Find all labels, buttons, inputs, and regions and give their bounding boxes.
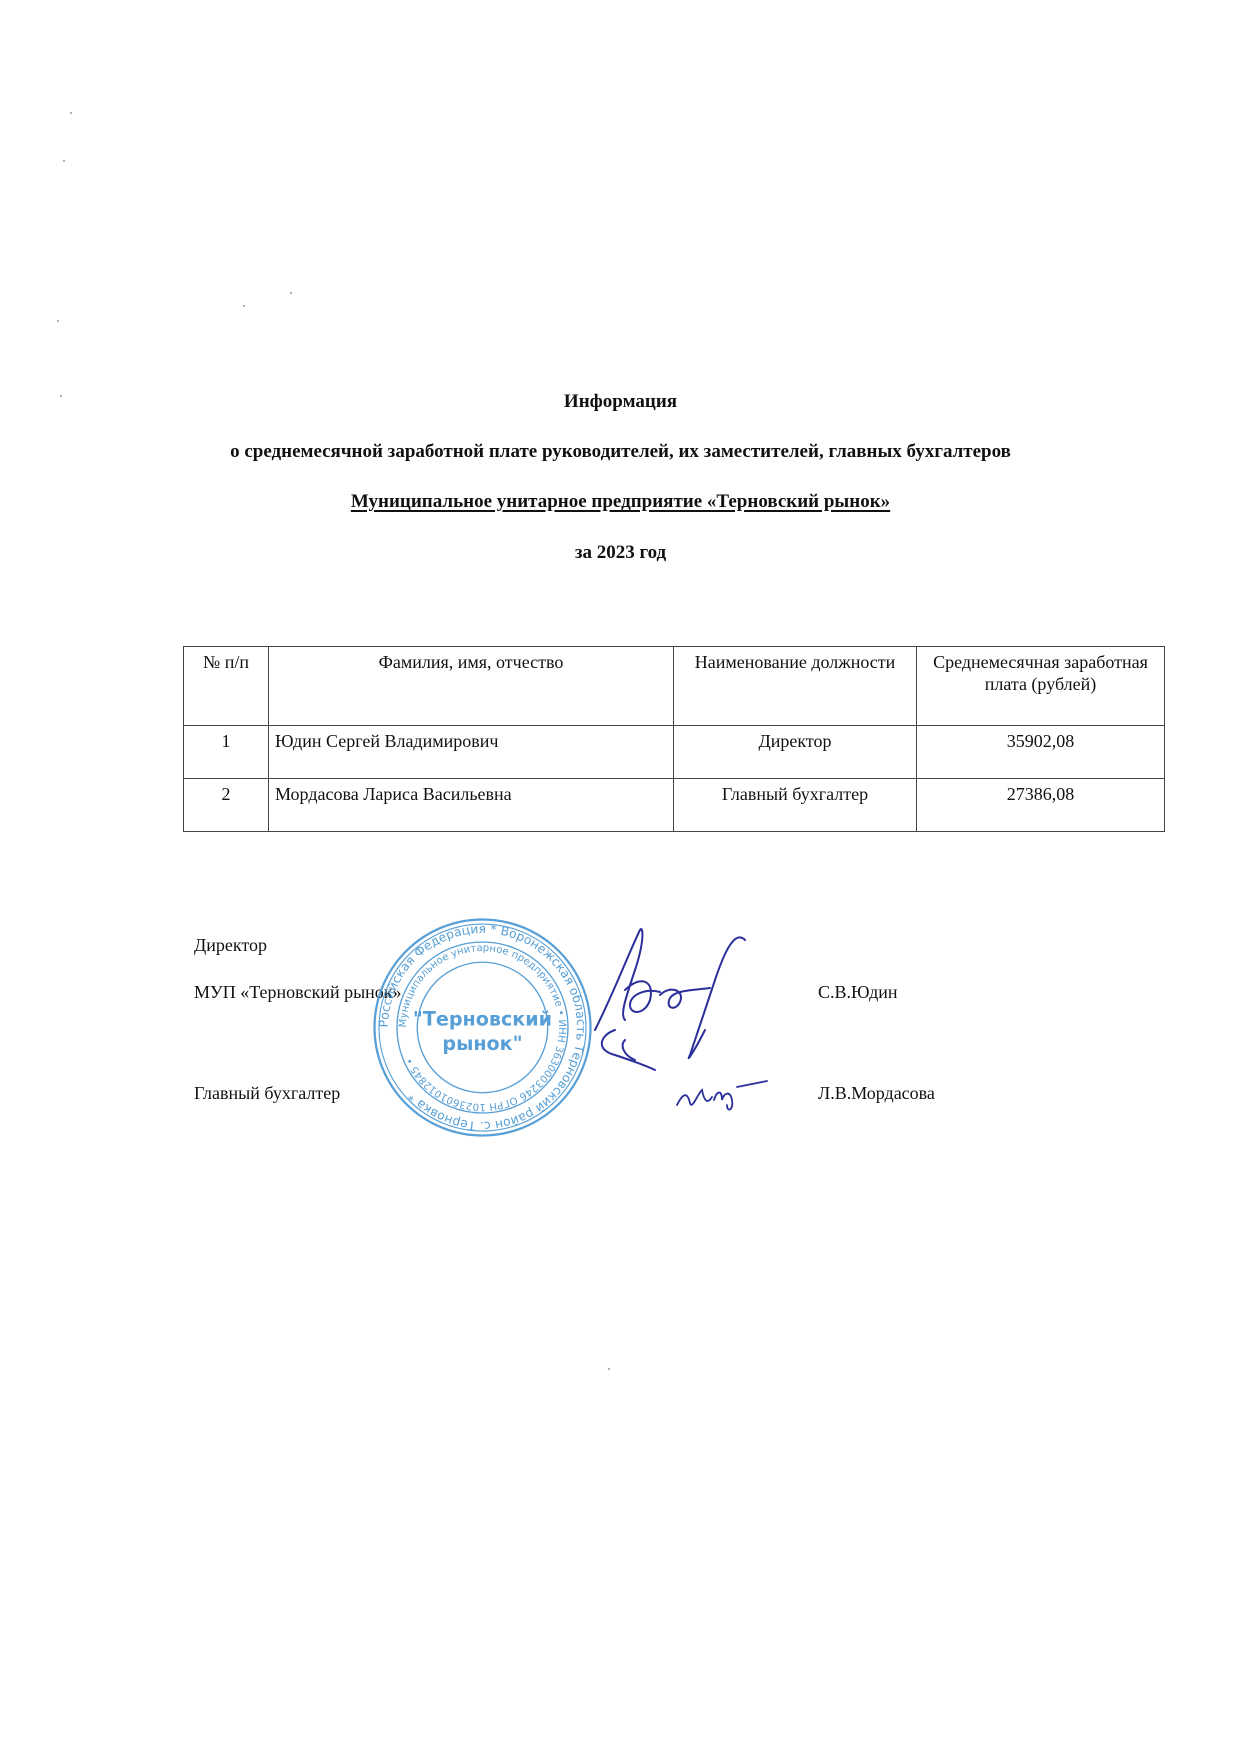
cell-number: 2	[184, 779, 269, 832]
accountant-name: Л.В.Мордасова	[818, 1083, 935, 1104]
scan-speck	[290, 292, 292, 294]
cell-position: Директор	[674, 726, 917, 779]
cell-full-name: Мордасова Лариса Васильевна	[269, 779, 674, 832]
report-period: за 2023 год	[0, 542, 1241, 564]
cell-salary: 27386,08	[917, 779, 1165, 832]
header-position: Наименование должности	[674, 647, 917, 726]
table-row: 1 Юдин Сергей Владимирович Директор 3590…	[184, 726, 1165, 779]
header-number: № п/п	[184, 647, 269, 726]
stamp-center-line2: рынок"	[442, 1032, 522, 1055]
director-name: С.В.Юдин	[818, 982, 898, 1003]
salary-table: № п/п Фамилия, имя, отчество Наименовани…	[183, 646, 1165, 832]
scan-speck	[63, 160, 65, 162]
accountant-title: Главный бухгалтер	[194, 1083, 340, 1104]
scan-speck	[243, 305, 245, 307]
header-salary: Среднемесячная заработная плата (рублей)	[917, 647, 1165, 726]
accountant-signature-icon	[672, 1075, 772, 1115]
table-row: 2 Мордасова Лариса Васильевна Главный бу…	[184, 779, 1165, 832]
director-title: Директор	[194, 935, 267, 956]
stamp-center-line1: "Терновский	[413, 1007, 552, 1030]
official-stamp-icon: Российская Федерация * Воронежская облас…	[370, 915, 595, 1140]
cell-salary: 35902,08	[917, 726, 1165, 779]
document-subtitle: о среднемесячной заработной плате руково…	[0, 441, 1241, 463]
director-signature-icon	[585, 920, 755, 1080]
table-header-row: № п/п Фамилия, имя, отчество Наименовани…	[184, 647, 1165, 726]
header-full-name: Фамилия, имя, отчество	[269, 647, 674, 726]
organization-name: Муниципальное унитарное предприятие «Тер…	[0, 491, 1241, 513]
scan-speck	[57, 320, 59, 322]
organization-name-text: Муниципальное унитарное предприятие «Тер…	[351, 491, 890, 512]
cell-position: Главный бухгалтер	[674, 779, 917, 832]
cell-number: 1	[184, 726, 269, 779]
scan-speck	[608, 1368, 610, 1370]
document-title: Информация	[0, 391, 1241, 413]
scan-speck	[70, 112, 72, 114]
cell-full-name: Юдин Сергей Владимирович	[269, 726, 674, 779]
